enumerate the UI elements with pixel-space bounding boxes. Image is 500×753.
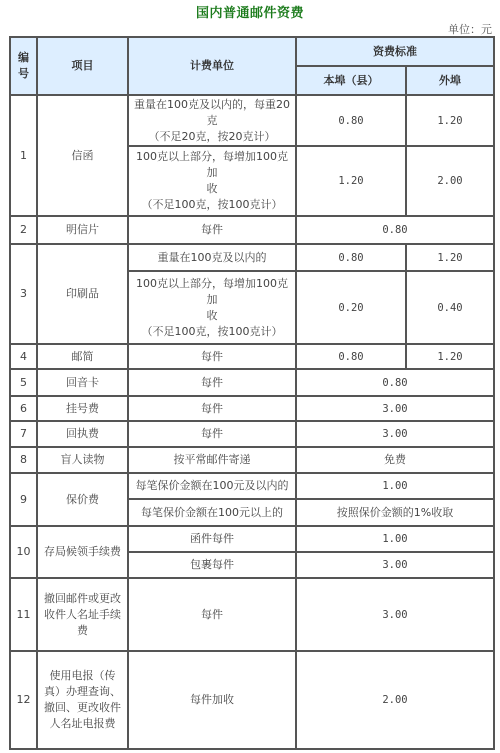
rate-combined: 0.80: [296, 216, 494, 244]
table-row: 5 回音卡 每件 0.80: [10, 369, 494, 396]
row-billing-unit: 每件: [128, 216, 296, 244]
row-billing-unit: 按平常邮件寄递: [128, 447, 296, 473]
item-line: 撤回邮件或更改: [40, 591, 125, 607]
row-billing-unit: 每件: [128, 396, 296, 421]
table-row: 2 明信片 每件 0.80: [10, 216, 494, 244]
unit-line: （不足100克，按100克计）: [131, 324, 293, 340]
row-item: 撤回邮件或更改 收件人名址手续 费: [37, 578, 128, 651]
rate-combined: 2.00: [296, 651, 494, 749]
rate-remote: 1.20: [406, 244, 494, 271]
page-title: 国内普通邮件资费: [0, 2, 500, 21]
row-billing-unit: 函件每件: [128, 526, 296, 552]
table-row: 12 使用电报（传 真）办理查询、 撤回、更改收件 人名址电报费 每件加收 2.…: [10, 651, 494, 749]
rate-local: 0.80: [296, 95, 406, 146]
rate-remote: 1.20: [406, 344, 494, 369]
row-billing-unit: 每件: [128, 369, 296, 396]
row-billing-unit: 每件加收: [128, 651, 296, 749]
header-billing-unit: 计费单位: [128, 37, 296, 95]
rate-combined: 1.00: [296, 526, 494, 552]
header-item: 项目: [37, 37, 128, 95]
row-no: 11: [10, 578, 37, 651]
table-row: 11 撤回邮件或更改 收件人名址手续 费 每件 3.00: [10, 578, 494, 651]
row-no: 8: [10, 447, 37, 473]
rate-remote: 0.40: [406, 271, 494, 344]
row-no: 12: [10, 651, 37, 749]
row-no: 4: [10, 344, 37, 369]
table-row: 4 邮简 每件 0.80 1.20: [10, 344, 494, 369]
rate-combined: 1.00: [296, 473, 494, 499]
table-row: 1 信函 重量在100克及以内的，每重20克 （不足20克，按20克计） 0.8…: [10, 95, 494, 146]
rate-combined: 免费: [296, 447, 494, 473]
row-billing-unit: 每笔保价金额在100元以上的: [128, 499, 296, 526]
rate-local: 0.80: [296, 344, 406, 369]
rate-remote: 1.20: [406, 95, 494, 146]
row-item: 回音卡: [37, 369, 128, 396]
row-billing-unit: 重量在100克及以内的: [128, 244, 296, 271]
row-billing-unit: 重量在100克及以内的，每重20克 （不足20克，按20克计）: [128, 95, 296, 146]
rate-local: 0.80: [296, 244, 406, 271]
row-billing-unit: 包裹每件: [128, 552, 296, 578]
item-line: 费: [40, 623, 125, 639]
rate-combined: 按照保价金额的1%收取: [296, 499, 494, 526]
row-no: 9: [10, 473, 37, 526]
postage-fee-table: 编号 项目 计费单位 资费标准 本埠（县） 外埠 1 信函 重量在100克及以内…: [9, 36, 495, 750]
item-line: 人名址电报费: [40, 716, 125, 732]
item-line: 使用电报（传: [40, 668, 125, 684]
row-no: 10: [10, 526, 37, 578]
unit-line: 100克以上部分，每增加100克加: [131, 276, 293, 308]
row-item: 存局候领手续费: [37, 526, 128, 578]
rate-combined: 3.00: [296, 396, 494, 421]
header-remote: 外埠: [406, 66, 494, 95]
row-item: 印刷品: [37, 244, 128, 344]
rate-local: 1.20: [296, 146, 406, 216]
row-item: 使用电报（传 真）办理查询、 撤回、更改收件 人名址电报费: [37, 651, 128, 749]
rate-combined: 3.00: [296, 552, 494, 578]
header-no: 编号: [10, 37, 37, 95]
rate-combined: 3.00: [296, 578, 494, 651]
unit-line: 收: [131, 181, 293, 197]
table-row: 8 盲人读物 按平常邮件寄递 免费: [10, 447, 494, 473]
unit-line: （不足100克，按100克计）: [131, 197, 293, 213]
item-line: 收件人名址手续: [40, 607, 125, 623]
row-no: 3: [10, 244, 37, 344]
rate-combined: 0.80: [296, 369, 494, 396]
row-item: 邮简: [37, 344, 128, 369]
row-billing-unit: 每件: [128, 578, 296, 651]
row-billing-unit: 100克以上部分，每增加100克加 收 （不足100克，按100克计）: [128, 271, 296, 344]
table-row: 3 印刷品 重量在100克及以内的 0.80 1.20: [10, 244, 494, 271]
row-billing-unit: 每笔保价金额在100元及以内的: [128, 473, 296, 499]
unit-label: 单位：元: [448, 21, 492, 37]
row-billing-unit: 100克以上部分，每增加100克加 收 （不足100克，按100克计）: [128, 146, 296, 216]
rate-local: 0.20: [296, 271, 406, 344]
table-row: 10 存局候领手续费 函件每件 1.00: [10, 526, 494, 552]
row-billing-unit: 每件: [128, 421, 296, 447]
row-no: 2: [10, 216, 37, 244]
row-no: 7: [10, 421, 37, 447]
row-item: 挂号费: [37, 396, 128, 421]
table-row: 6 挂号费 每件 3.00: [10, 396, 494, 421]
item-line: 真）办理查询、: [40, 684, 125, 700]
row-item: 盲人读物: [37, 447, 128, 473]
rate-remote: 2.00: [406, 146, 494, 216]
row-item: 信函: [37, 95, 128, 216]
table-row: 9 保价费 每笔保价金额在100元及以内的 1.00: [10, 473, 494, 499]
row-no: 5: [10, 369, 37, 396]
row-no: 1: [10, 95, 37, 216]
row-item: 明信片: [37, 216, 128, 244]
header-rate-standard: 资费标准: [296, 37, 494, 66]
row-item: 保价费: [37, 473, 128, 526]
row-billing-unit: 每件: [128, 344, 296, 369]
unit-line: 重量在100克及以内的，每重20克: [131, 97, 293, 129]
unit-line: （不足20克，按20克计）: [131, 129, 293, 145]
unit-line: 收: [131, 308, 293, 324]
unit-line: 100克以上部分，每增加100克加: [131, 149, 293, 181]
row-item: 回执费: [37, 421, 128, 447]
rate-combined: 3.00: [296, 421, 494, 447]
header-local: 本埠（县）: [296, 66, 406, 95]
row-no: 6: [10, 396, 37, 421]
item-line: 撤回、更改收件: [40, 700, 125, 716]
table-row: 7 回执费 每件 3.00: [10, 421, 494, 447]
